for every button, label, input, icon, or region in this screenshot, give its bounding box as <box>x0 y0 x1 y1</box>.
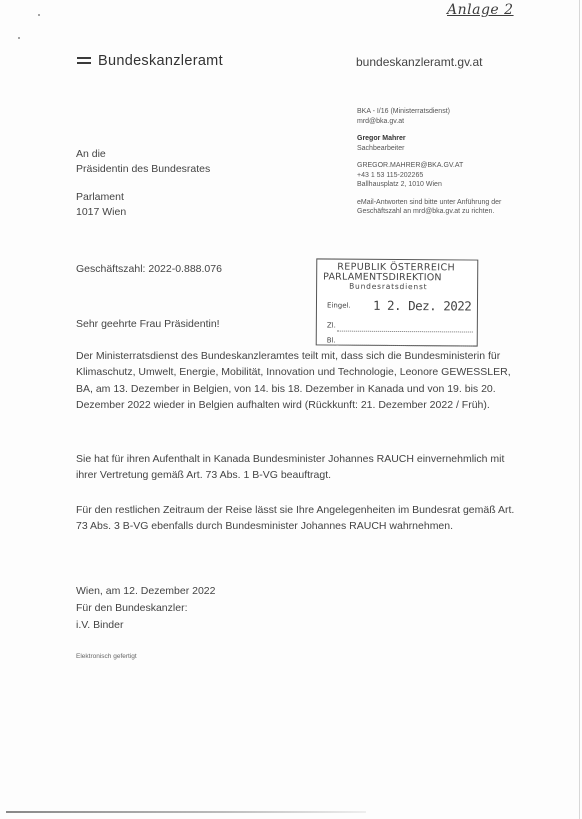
contact-phone: +43 1 53 115-202265 <box>357 171 501 181</box>
contact-address: Ballhausplatz 2, 1010 Wien <box>357 180 501 190</box>
contact-role: Sachbearbeiter <box>357 144 501 154</box>
scan-speck <box>18 37 20 39</box>
body-paragraph: Für den restlichen Zeitraum der Reise lä… <box>76 502 526 535</box>
receipt-stamp: REPUBLIK ÖSTERREICH PARLAMENTSDIREKTION … <box>316 258 479 346</box>
salutation: Sehr geehrte Frau Präsidentin! <box>76 318 220 330</box>
scan-speck <box>38 14 40 16</box>
stamp-zl-label: Zl. <box>327 322 336 330</box>
electronic-signature-note: Elektronisch gefertigt <box>76 653 137 660</box>
scan-edge <box>6 811 366 813</box>
department-email: mrd@bka.gv.at <box>357 117 501 127</box>
stamp-received-label: Eingel. <box>327 302 351 310</box>
organisation-name: Bundeskanzleramt <box>98 53 223 69</box>
reply-note-line1: eMail-Antworten sind bitte unter Anführu… <box>357 198 501 208</box>
sender-info-block: BKA - I/16 (Ministerratsdienst) mrd@bka.… <box>357 107 501 217</box>
recipient-line: An die <box>76 147 210 162</box>
recipient-line: Präsidentin des Bundesrates <box>76 162 210 177</box>
website-url: bundeskanzleramt.gv.at <box>356 55 483 69</box>
reply-note-line2: Geschäftszahl an mrd@bka.gv.at zu richte… <box>357 207 501 217</box>
recipient-line: Parlament <box>76 190 210 205</box>
stamp-line3: Bundesratsdienst <box>349 282 427 292</box>
recipient-address: An die Präsidentin des Bundesrates Parla… <box>76 147 210 220</box>
body-paragraph: Sie hat für ihren Aufenthalt in Kanada B… <box>76 451 526 484</box>
place-date: Wien, am 12. Dezember 2022 <box>76 583 215 600</box>
reference-number: Geschäftszahl: 2022-0.888.076 <box>76 263 222 275</box>
austrian-federal-bars-icon <box>77 56 91 66</box>
department: BKA - I/16 (Ministerratsdienst) <box>357 107 501 117</box>
stamp-bl-label: Bl. <box>327 337 336 345</box>
handwritten-annotation: Anlage 2 <box>447 2 514 18</box>
stamp-dotted-line <box>337 330 473 333</box>
contact-name: Gregor Mahrer <box>357 135 406 142</box>
stamp-received-date: 1 2. Dez. 2022 <box>373 298 471 314</box>
letterhead-logo: Bundeskanzleramt <box>77 53 223 69</box>
recipient-line: 1017 Wien <box>76 205 210 220</box>
contact-email: GREGOR.MAHRER@BKA.GV.AT <box>357 161 501 171</box>
scanned-letter-page: Anlage 2 Bundeskanzleramt bundeskanzlera… <box>0 0 582 819</box>
scan-edge <box>579 0 580 819</box>
signatory: i.V. Binder <box>76 617 215 634</box>
on-behalf: Für den Bundeskanzler: <box>76 600 215 617</box>
closing-block: Wien, am 12. Dezember 2022 Für den Bunde… <box>76 583 215 634</box>
stamp-dotted-line <box>337 344 473 347</box>
body-paragraph: Der Ministerratsdienst des Bundeskanzler… <box>76 348 526 413</box>
